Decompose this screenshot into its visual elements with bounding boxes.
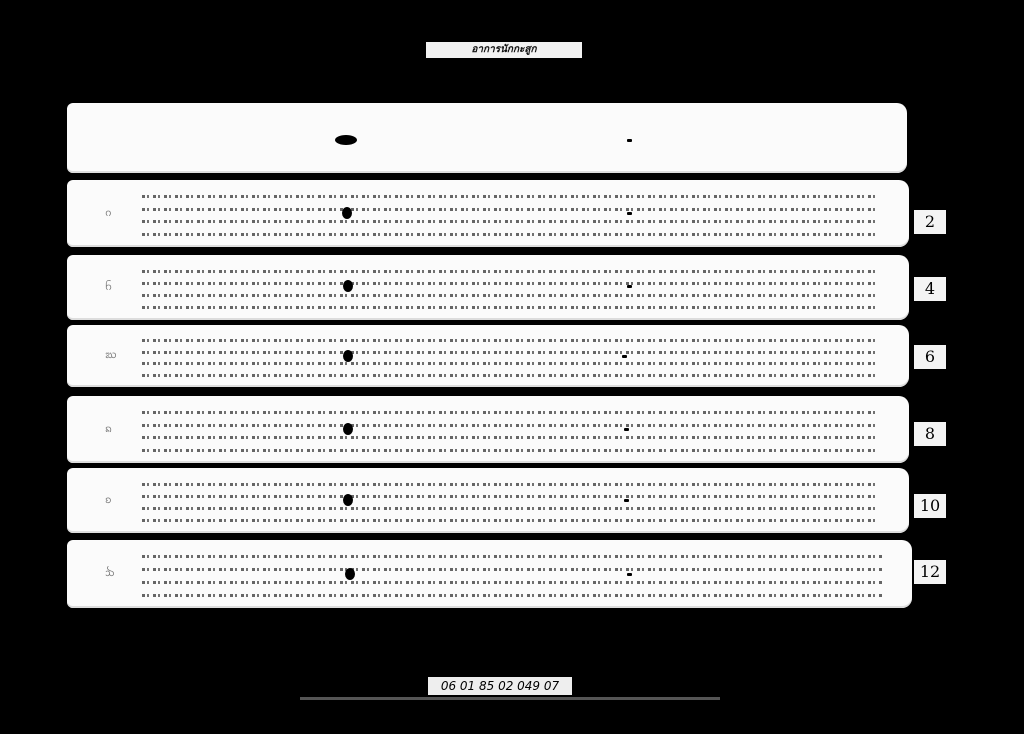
palm-leaf-blank — [67, 103, 907, 173]
binding-hole — [343, 494, 353, 506]
manuscript-title-label: อาการนักกะสูก — [426, 42, 582, 58]
binding-mark — [624, 428, 629, 431]
leaf-margin-mark: ᨥ — [105, 348, 117, 364]
binding-mark — [624, 499, 629, 502]
text-line — [142, 215, 879, 224]
page-number-6: 6 — [914, 345, 946, 369]
text-line — [142, 490, 879, 499]
manuscript-text — [142, 476, 879, 525]
binding-hole — [343, 350, 353, 362]
binding-hole — [343, 423, 353, 435]
manuscript-text — [142, 404, 879, 455]
film-edge — [300, 697, 720, 700]
text-line — [142, 334, 879, 343]
manuscript-text — [142, 548, 882, 600]
text-line — [142, 277, 879, 286]
text-line — [142, 228, 879, 237]
binding-mark — [627, 212, 632, 215]
text-line — [142, 589, 882, 598]
manuscript-text — [142, 188, 879, 239]
binding-mark — [627, 573, 632, 576]
text-line — [142, 346, 879, 355]
palm-leaf-page-10: ᨧ — [67, 468, 909, 533]
text-line — [142, 406, 879, 415]
binding-mark — [622, 355, 627, 358]
text-line — [142, 419, 879, 428]
archive-reference-number: 06 01 85 02 049 07 — [428, 677, 572, 695]
text-line — [142, 502, 879, 511]
binding-hole — [335, 135, 357, 145]
palm-leaf-page-6: ᨥ — [67, 325, 909, 387]
page-number-10: 10 — [914, 494, 946, 518]
text-line — [142, 576, 882, 585]
text-line — [142, 190, 879, 199]
palm-leaf-page-8: ᨦ — [67, 396, 909, 463]
binding-hole — [345, 568, 355, 580]
binding-hole — [342, 207, 352, 219]
text-line — [142, 203, 879, 212]
palm-leaf-page-4: ᨤ — [67, 255, 909, 320]
text-line — [142, 301, 879, 310]
leaf-margin-mark: ᨧ — [105, 493, 112, 509]
text-line — [142, 265, 879, 274]
text-line — [142, 369, 879, 378]
text-line — [142, 444, 879, 453]
text-line — [142, 478, 879, 487]
leaf-margin-mark: ᨣ — [105, 206, 112, 222]
text-line — [142, 431, 879, 440]
leaf-margin-mark: ᨤ — [105, 280, 112, 296]
text-line — [142, 289, 879, 298]
text-line — [142, 514, 879, 523]
ink-speck — [627, 139, 632, 142]
binding-hole — [343, 280, 353, 292]
leaf-margin-mark: ᨨ — [105, 566, 115, 582]
palm-leaf-page-2: ᨣ — [67, 180, 909, 247]
text-line — [142, 563, 882, 572]
page-number-2: 2 — [914, 210, 946, 234]
page-number-12: 12 — [914, 560, 946, 584]
text-line — [142, 550, 882, 559]
manuscript-text — [142, 263, 879, 312]
manuscript-text — [142, 333, 879, 379]
page-number-8: 8 — [914, 422, 946, 446]
leaf-margin-mark: ᨦ — [105, 422, 112, 438]
palm-leaf-page-12: ᨨ — [67, 540, 912, 608]
text-line — [142, 357, 879, 366]
binding-mark — [627, 285, 632, 288]
page-number-4: 4 — [914, 277, 946, 301]
